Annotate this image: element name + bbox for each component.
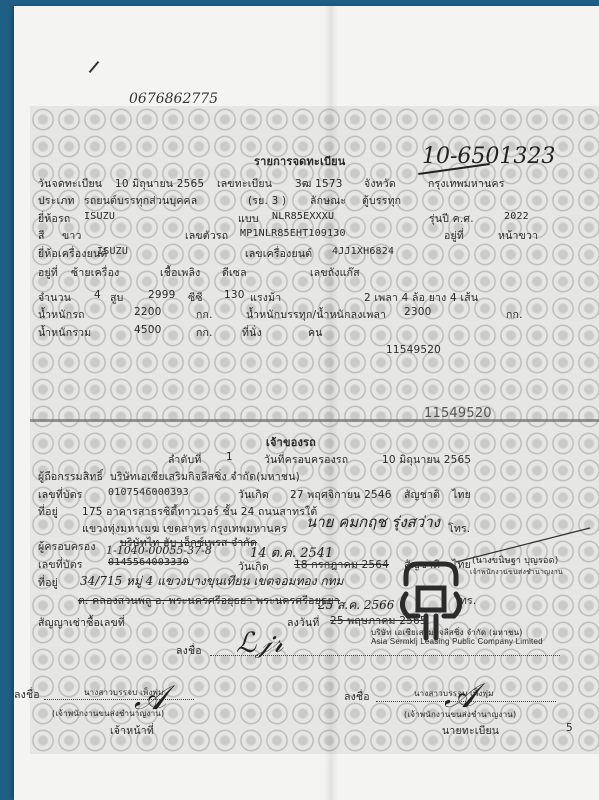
paper-fold [324,6,338,800]
fuel-label: เชื้อเพลิง [160,264,201,281]
year: 2022 [504,211,529,222]
color: ขาว [62,227,82,244]
seats-unit: คน [308,324,323,341]
right-signature: 𝒜 [444,676,476,716]
chassis-location: หน้าขวา [498,227,538,244]
model: NLR85EXXXU [272,211,334,222]
section-divider [30,419,599,422]
plate-label: เลขทะเบียน [217,175,272,192]
gross-weight: 4500 [134,324,162,336]
pen-stroke-icon [454,524,594,564]
nationality-label: สัญชาติ [404,486,440,503]
possess-date-label: วันที่ครอบครองรถ [264,451,348,468]
pen-mark [89,61,100,73]
serial-number: 11549520 [386,344,441,356]
officer-title: เจ้าพนักงานขนส่งชำนาญงาน [470,567,563,578]
vehicle-code: (รย. 3 ) [248,192,286,209]
cc-unit: ซีซี [188,289,203,306]
model-label: แบบ [238,210,259,227]
order-number: 1 [226,451,233,463]
reg-date: 10 มิถุนายน 2565 [115,175,204,192]
left-signer-role: เจ้าหน้าที่ [110,722,154,739]
official-stamp-icon [396,554,466,646]
engine-number-label: เลขเครื่องยนต์ [245,245,312,262]
fuel: ดีเซล [222,264,247,281]
province: กรุงเทพมหานคร [428,175,505,192]
chassis-number: MP1NLR85EHT109130 [240,228,346,239]
nature: ตู้บรรทุก [362,192,401,209]
cylinders: 4 [94,289,101,301]
load-label: น้ำหนักบรรทุก/น้ำหนักลงเพลา [246,306,386,323]
engine-location-label: อยู่ที่ [38,264,58,281]
load-unit: กก. [506,306,523,323]
year-label: รุ่นปี ค.ศ. [429,210,474,227]
cc: 2999 [148,289,176,301]
owner-section-title: เจ้าของรถ [266,433,316,451]
load: 2300 [404,306,432,318]
sign-date-label: ลงวันที่ [287,614,320,631]
possessor-id-label: เลขที่บัตร [38,556,83,573]
chassis-label: เลขตัวรถ [185,227,228,244]
gas-tank-label: เลขถังแก๊ส [310,264,360,281]
gross-weight-unit: กก. [196,324,213,341]
engine-brand: ISUZU [97,246,128,257]
count-label: จำนวน [38,289,71,306]
cylinders-unit: สูบ [110,289,123,306]
horsepower: 130 [224,289,245,301]
engine-location: ซ้ายเครื่อง [71,264,119,281]
color-label: สี [38,227,45,244]
type-label: ประเภท [38,192,75,209]
brand-label: ยี่ห้อรถ [38,210,70,227]
possessor-address-label: ที่อยู่ [38,574,58,591]
reg-date-label: วันจดทะเบียน [38,175,102,192]
nationality: ไทย [452,486,471,503]
possess-date: 10 มิถุนายน 2565 [382,451,471,468]
document-paper: 0676862775 10-6501323 รายการจดทะเบียน วั… [14,6,599,800]
document-title: รายการจดทะเบียน [254,152,346,170]
possessor-dob-struck: 18 กรกฎาคม 2564 [294,556,389,573]
dob: 27 พฤศจิกายน 2546 [290,486,392,503]
nature-label: ลักษณะ [310,192,346,209]
possessor-label: ผู้ครอบครอง [38,538,96,555]
order-label: ลำดับที่ [168,451,202,468]
id-label: เลขที่บัตร [38,486,83,503]
title-holder-label: ผู้ถือกรรมสิทธิ์ [38,468,103,485]
axles-wheels: 2 เพลา 4 ล้อ ยาง 4 เส้น [364,289,478,306]
address-line-1: 175 อาคารสาธรซิตี้ทาวเวอร์ ชั้น 24 ถนนสา… [82,503,317,520]
brand: ISUZU [84,211,115,222]
possessor-handwritten: นาย คมกฤช รุ่งสว่าง [306,510,440,534]
weight-label: น้ำหนักรถ [38,306,85,323]
right-sign-label: ลงชื่อ [344,688,370,705]
left-signature: 𝒜 [134,678,166,718]
page-number: 5 [566,722,573,734]
owner-signature: ℒ𝒿𝓇 [236,626,283,660]
possessor-address-handwritten: 34/715 หมู่ 4 แขวงบางขุนเทียน เขตจอมทอง … [80,572,343,591]
handwritten-phone: 0676862775 [129,91,218,107]
dob-label: วันเกิด [238,486,269,503]
right-signer-role: นายทะเบียน [442,722,499,739]
gross-weight-label: น้ำหนักรวม [38,324,91,341]
lease-label: สัญญาเช่าซื้อเลขที่ [38,614,125,631]
plate: 3ฒ 1573 [295,175,343,192]
handwritten-reg-ref: 10-6501323 [422,144,555,169]
weight-unit: กก. [196,306,213,323]
chassis-location-label: อยู่ที่ [444,227,464,244]
possessor-id-struck: 0145564003330 [108,557,189,568]
horsepower-unit: แรงม้า [250,289,281,306]
possessor-id-handwritten: 1-1040-00055-37-8 [106,544,212,557]
address-label: ที่อยู่ [38,503,58,520]
weight: 2200 [134,306,162,318]
vehicle-type: รถยนต์บรรทุกส่วนบุคคล [84,192,197,209]
engine-number: 4JJ1XH6824 [332,246,394,257]
owner-sign-label: ลงชื่อ [176,642,202,659]
id-number: 0107546000393 [108,487,189,498]
serial-number-repeat: 11549520 [424,406,492,421]
province-label: จังหวัด [364,175,396,192]
title-holder: บริษัทเอเซียเสริมกิจลีสซิ่ง จำกัด(มหาชน) [110,468,300,485]
possessor-address-struck: ต. คลองสวนพลู อ. พระนครศรีอยุธยา พระนครศ… [78,592,340,609]
seats-label: ที่นั่ง [242,324,262,341]
left-sign-label: ลงชื่อ [14,686,40,703]
